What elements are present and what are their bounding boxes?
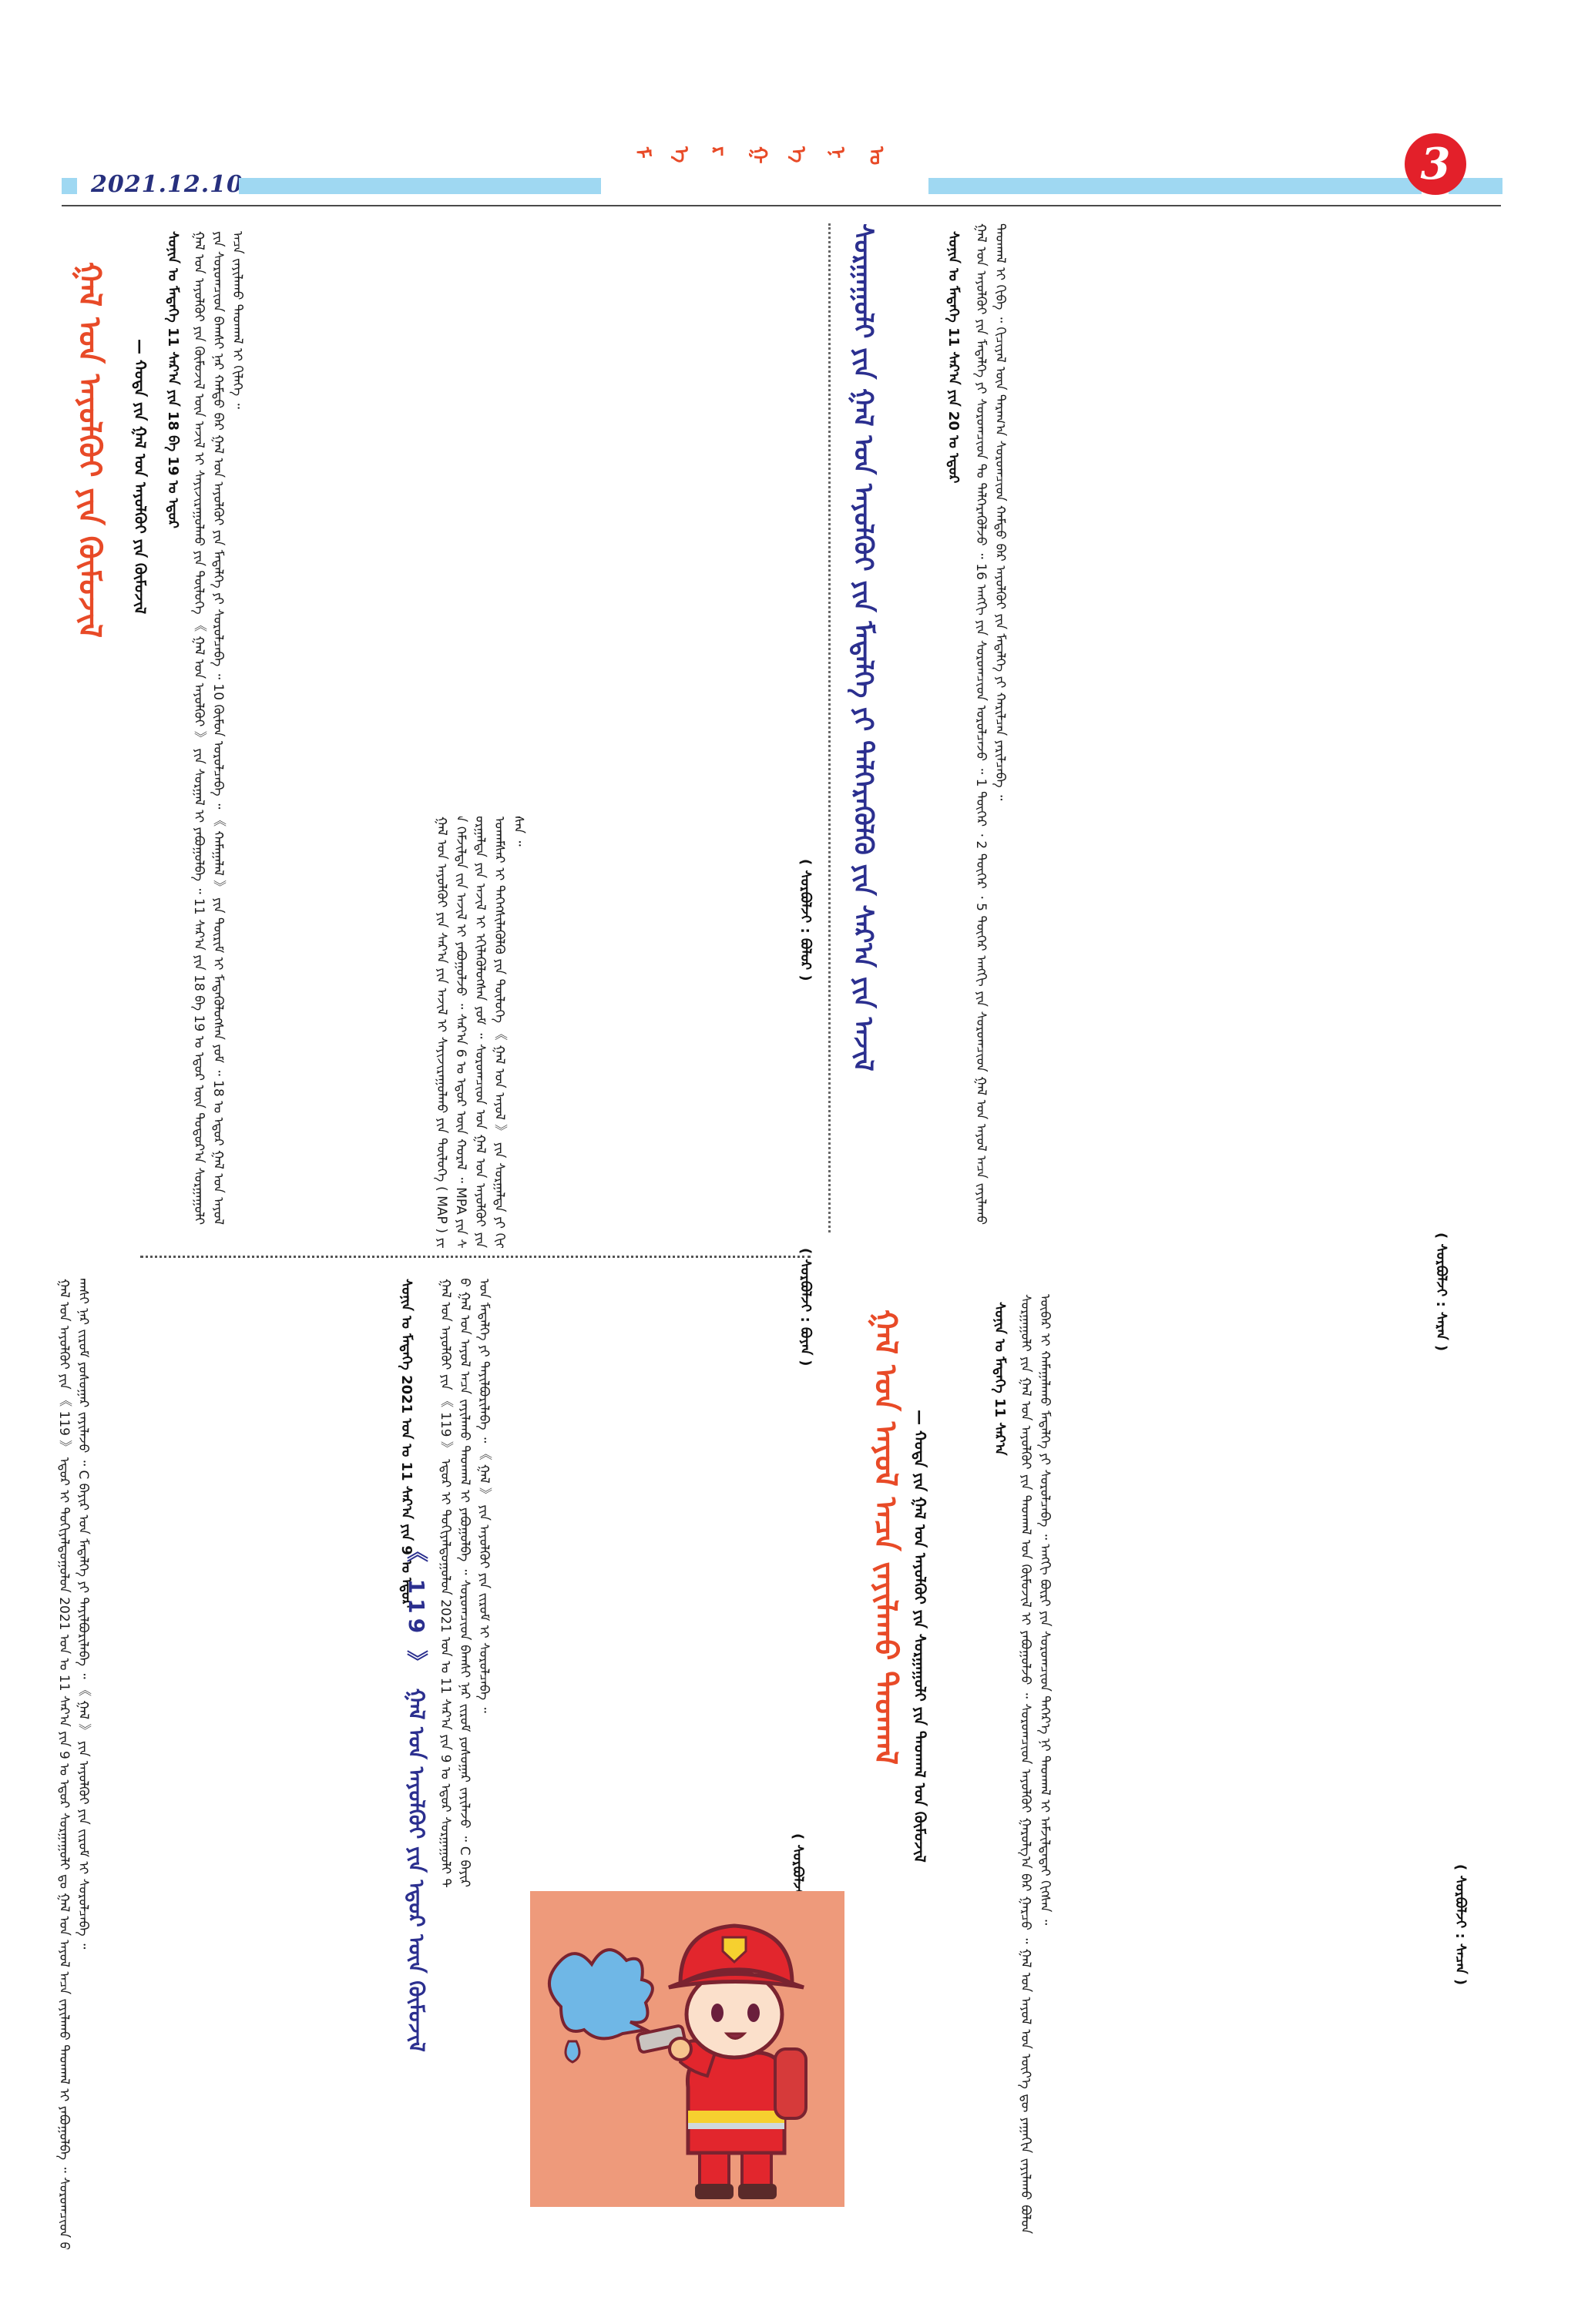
- header-bar-left: [239, 178, 601, 194]
- article-body: ᠰᠤᠷᠭᠠᠭᠤᠯᠢ ᠶᠢᠨ ᠭᠠᠯ ᠤᠨ ᠠᠶᠤᠯᠭᠦᠢ ᠶᠢᠨ ᠳᠠᠳᠬᠠᠯ …: [1016, 1294, 1532, 2234]
- section-divider: [140, 1256, 811, 1258]
- masthead-glyph: ᠡ: [671, 146, 691, 200]
- issue-date: 2021.12.10: [91, 171, 243, 198]
- column-divider: [828, 223, 831, 1232]
- article-body: ᠭᠠᠯ ᠤᠨ ᠠᠶᠤᠯᠭᠦᠢ ᠶᠢᠨ ᠮᠡᠳᠡᠯᠭᠡ ᠶᠢ ᠰᠤᠷᠤᠭᠴᠢᠳ ᠲ…: [971, 223, 1526, 1225]
- article-byline: ᠰᠣᠨᠢᠨ ᠤ ᠮᠡᠳᠡᠭᠡ 11 ᠰᠠᠷ᠎ᠠ ᠶᠢᠨ 20 ᠤ ᠡᠳᠦᠷ: [944, 231, 964, 662]
- article-source: ( ᠰᠤᠷᠪᠤᠯᠵᠢ : ᠪᠤᠶᠠᠨ ): [794, 1248, 814, 1464]
- article-subtitle: — ᠬᠣᠲᠠ ᠶᠢᠨ ᠭᠠᠯ ᠤᠨ ᠠᠶᠤᠯᠭᠦᠢ ᠶᠢᠨ ᠰᠤᠷᠭᠠᠭᠤᠯᠢ …: [909, 1410, 955, 2041]
- article-source: ( ᠰᠤᠷᠪᠤᠯᠵᠢ : ᠰᠡᠴᠡᠨ ): [1449, 1864, 1469, 2064]
- article-subtitle: — ᠬᠣᠲᠠ ᠶᠢᠨ ᠭᠠᠯ ᠤᠨ ᠠᠶᠤᠯᠭᠦᠢ ᠶᠢᠨ ᠬᠦᠮᠦᠵᠢᠯ: [129, 339, 153, 1186]
- article-source: ( ᠰᠤᠷᠪᠤᠯᠵᠢ : ᠪᠣᠯᠣᠷ ): [794, 859, 814, 1105]
- article-body: ᠭᠠᠯ ᠤᠨ ᠠᠶᠤᠯᠭᠦᠢ ᠶᠢᠨ 《 119 》 ᠡᠳᠦᠷ ᠢ ᠲᠣᠬᠢᠶᠠ…: [54, 1279, 393, 2249]
- article-body: ᠭᠠᠯ ᠤᠨ ᠠᠶᠤᠯᠭᠦᠢ ᠶᠢᠨ ᠰᠠᠷ᠎ᠠ ᠶᠢᠨ ᠠᠵᠢᠯ ᠢ ᠰᠠᠶᠢ…: [431, 817, 801, 1248]
- masthead-glyph: ᠨ: [827, 146, 847, 200]
- page-number-badge: 3: [1405, 133, 1466, 195]
- article-headline: ᠰᠤᠷᠭᠠᠭᠤᠯᠢ ᠶᠢᠨ ᠭᠠᠯ ᠤᠨ ᠠᠶᠤᠯᠭᠦᠢ ᠶᠢᠨ ᠮᠡᠳᠡᠯᠭᠡ…: [848, 223, 881, 1256]
- article-body-continued: ᠭᠠᠯ ᠤᠨ ᠠᠶᠤᠯᠭᠦᠢ ᠶᠢᠨ 《 119 》 ᠡᠳᠦᠷ ᠢ ᠲᠣᠬᠢᠶᠠ…: [435, 1279, 520, 1887]
- article-headline: 《 119 》 ᠭᠠᠯ ᠤᠨ ᠠᠶᠤᠯᠭᠦᠢ ᠶᠢᠨ ᠡᠳᠦᠷ ᠦᠨ ᠬᠦᠮᠦᠵ…: [401, 1541, 431, 2203]
- header-rule: [62, 205, 1501, 206]
- article-headline: ᠭᠠᠯ ᠤᠨ ᠠᠶᠤᠯ ᠠᠴᠠ ᠵᠠᠶᠢᠯᠠᠬᠤ ᠳᠠᠳᠬᠠᠯ: [867, 1310, 905, 2203]
- masthead-glyph: ᠭ: [749, 146, 769, 200]
- firefighter-illustration: [530, 1891, 844, 2207]
- masthead-glyph: ᠷ: [710, 146, 730, 200]
- article-byline: ᠰᠣᠨᠢᠨ ᠤ ᠮᠡᠳᠡᠭᠡ 11 ᠰᠠᠷ᠎ᠠ ᠶᠢᠨ 18 ᠪᠠ 19 ᠤ ᠡ…: [163, 231, 183, 817]
- masthead-glyph: ᠮ: [632, 146, 652, 200]
- masthead-glyph: ᠡ: [788, 146, 808, 200]
- header-bar-left-stub: [62, 178, 77, 194]
- firefighter-icon: [530, 1891, 844, 2207]
- masthead-glyph: ᠣ: [866, 146, 886, 200]
- header-bar-right: [928, 178, 1422, 194]
- masthead-title: ᠮ ᠡ ᠷ ᠭ ᠡ ᠨ ᠣ: [632, 146, 886, 208]
- article-byline: ᠰᠣᠨᠢᠨ ᠤ ᠮᠡᠳᠡᠭᠡ 11 ᠰᠠᠷ᠎ᠠ: [990, 1302, 1010, 1733]
